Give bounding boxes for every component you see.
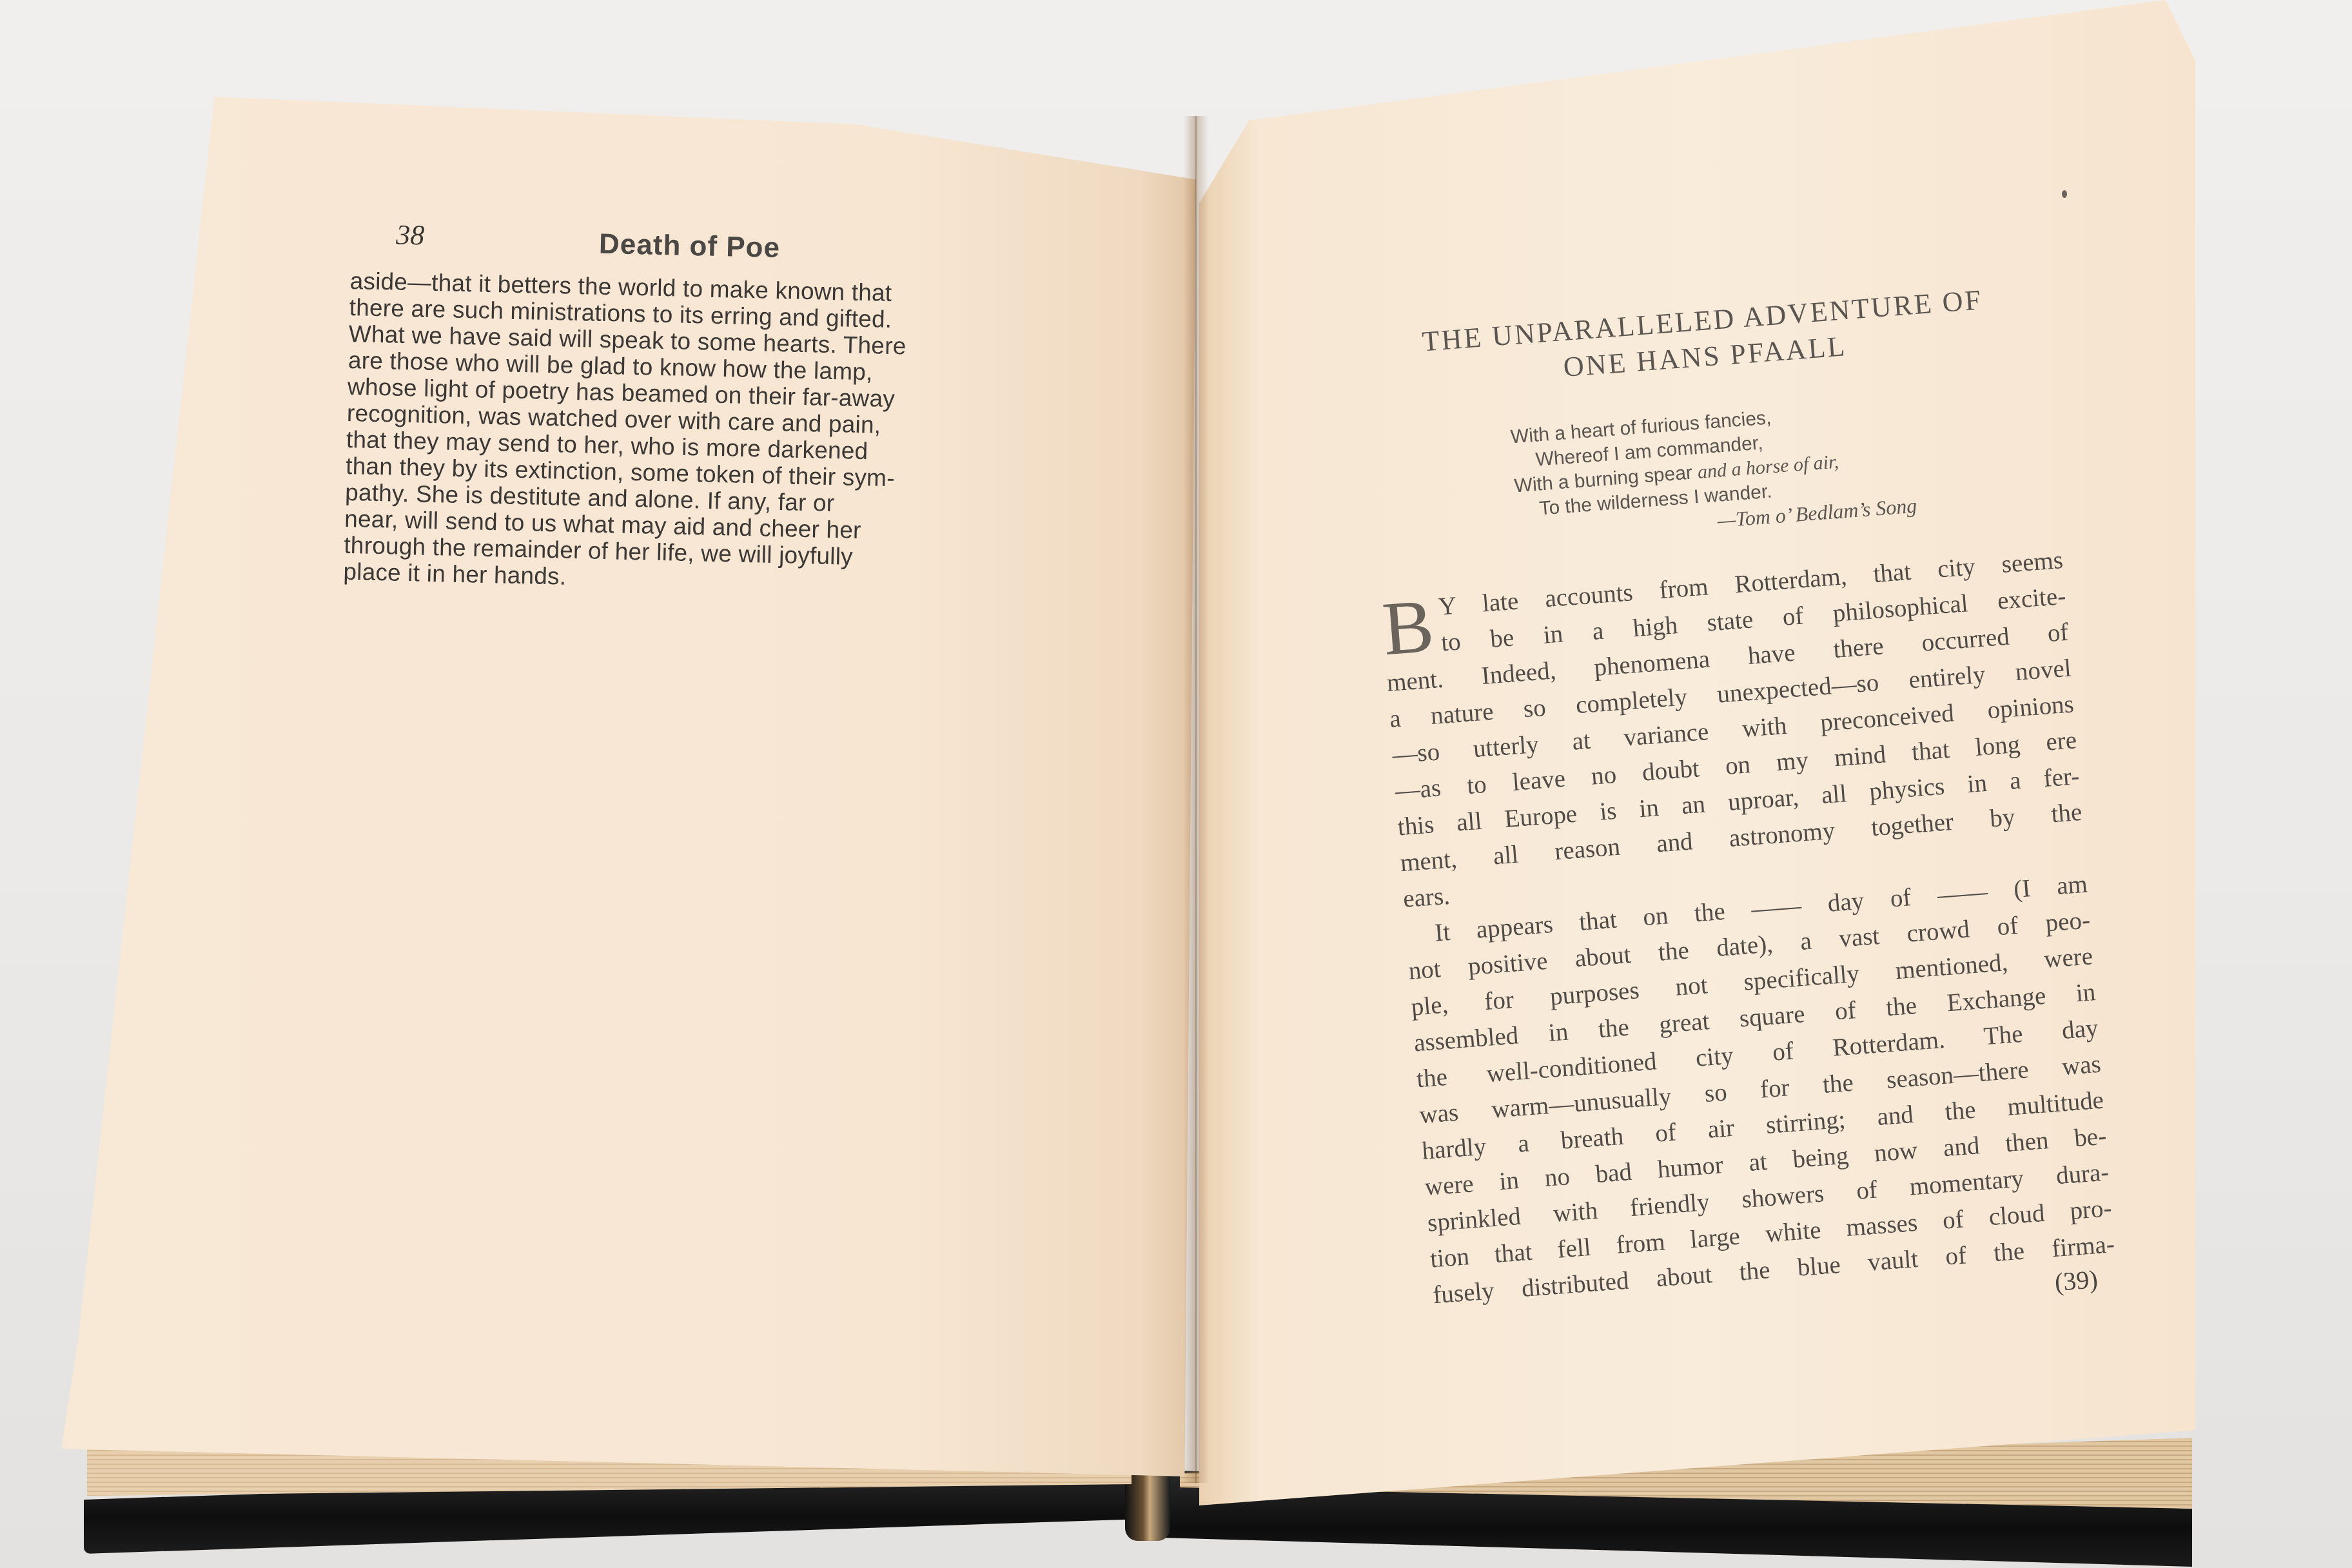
- running-head-title: Death of Poe: [599, 228, 781, 264]
- right-page-content: THE UNPARALLELED ADVENTURE OF ONE HANS P…: [1354, 194, 2118, 1344]
- chapter-title: THE UNPARALLELED ADVENTURE OF ONE HANS P…: [1360, 277, 2047, 400]
- paper-speck: [2062, 190, 2067, 198]
- page-number-left: 38: [396, 219, 425, 252]
- book-gutter: [1183, 116, 1209, 1483]
- left-page-body: aside—that it betters the world to make …: [343, 268, 995, 600]
- drop-cap: B: [1380, 595, 1436, 661]
- left-page-content: 38 Death of Poe aside—that it betters th…: [343, 216, 996, 600]
- epigraph: With a heart of furious fancies, Whereof…: [1510, 385, 2059, 547]
- right-page-body: B Y late accounts from Rotterdam, that c…: [1380, 542, 2116, 1313]
